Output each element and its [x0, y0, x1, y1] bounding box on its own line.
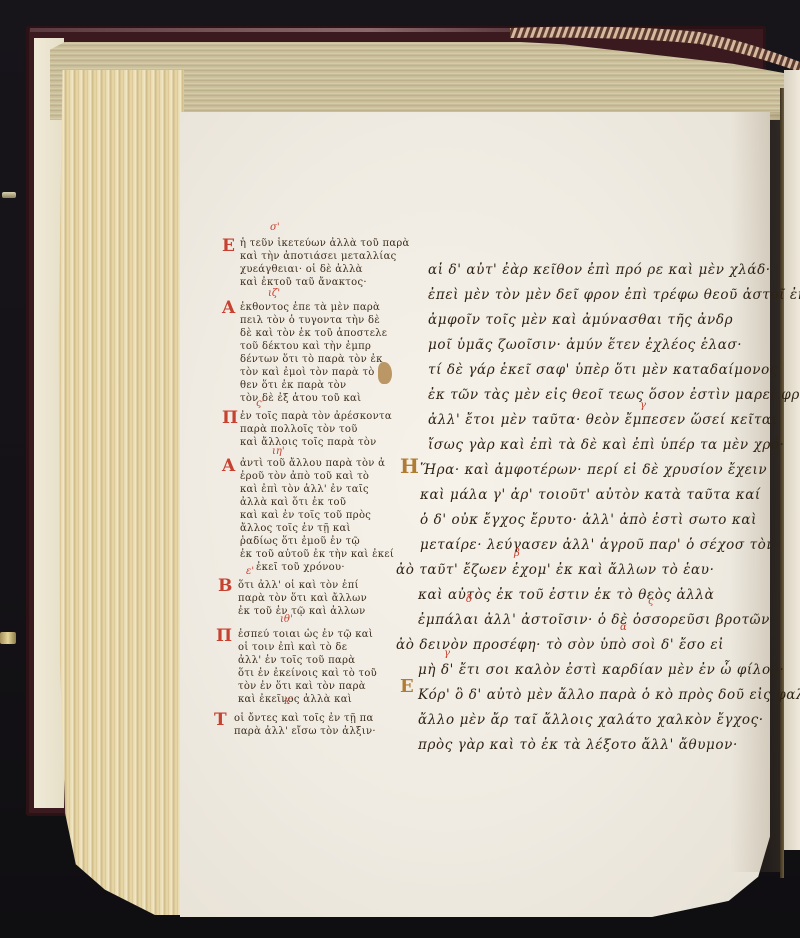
text-line: μοῖ ὑμᾶς ζωοῖσιν· ἀμύν ἕτεν ἐχλέος ἑλασ·: [428, 337, 742, 353]
text-line: Κόρ' ὃ δ' αὐτὸ μὲν ἄλλο παρὰ ὁ κὸ πρὸς δ…: [418, 687, 800, 703]
commentary-line: δέντων ὅτι τὸ παρὰ τὸν ἐκ: [240, 354, 383, 365]
commentary-line: πειλ τὸν ὁ τυγοντα τὴν δὲ: [240, 315, 380, 326]
text-line: ἀλλ' ἔτοι μὲν ταῦτα· θεὸν ἔμπεσεν ὥσεί κ…: [428, 412, 778, 428]
text-line: ὁ δ' οὐκ ἔγχος ἔρυτο· ἀλλ' ἀπὸ ἐστὶ σωτο…: [420, 512, 757, 528]
verse-numeral: γ: [444, 648, 450, 659]
commentary-line: καὶ ἄλλοις τοῖς παρὰ τὸν: [240, 437, 376, 448]
section-numeral: ιθ': [280, 614, 293, 625]
commentary-line: ὅτι ἐν ἐκείνοις καὶ τὸ τοῦ: [238, 668, 377, 679]
commentary-line: ἐκεῖ τοῦ χρόνου·: [256, 562, 345, 573]
commentary-line: ἐν τοῖς παρὰ τὸν ἀρέσκοντα: [240, 411, 392, 422]
rubric-initial: Β: [218, 576, 232, 596]
text-line: ἀμφοῖν τοῖς μὲν καὶ ἀμύνασθαι τῆς ἀνδρ: [428, 312, 733, 328]
commentary-line: ἐκ τοῦ αὐτοῦ ἐκ τὴν καὶ ἐκεί: [240, 549, 394, 560]
commentary-line: τὸν καὶ ἐμοὶ τὸν παρὰ τὸ: [240, 367, 375, 378]
text-line: πρὸς γὰρ καὶ τὸ ἐκ τὰ λέξοτο ἄλλ' ἄθυμον…: [418, 737, 738, 753]
commentary-line: ῥαδίως ὅτι ἐμοῦ ἐν τῷ: [240, 536, 360, 547]
text-line: ἐμπάλαι ἀλλ' ἀστοῖσιν· ὁ δὲ ὁσσορεῦσι βρ…: [418, 612, 775, 628]
commentary-line: ἐροῦ τὸν ἀπὸ τοῦ καὶ τὸ: [240, 471, 369, 482]
rubric-initial: Α: [222, 298, 235, 318]
commentary-line: ὅτι ἀλλ' οἱ καὶ τὸν ἐπί: [238, 580, 359, 591]
commentary-line: θεν ὅτι ἐκ παρὰ τὸν: [240, 380, 346, 391]
verse-numeral: δ: [466, 594, 472, 605]
commentary-line: ἄλλος τοῖς ἐν τῇ καὶ: [240, 523, 351, 534]
section-numeral: ε': [246, 566, 254, 577]
commentary-line: ἐσπεύ τοιαι ὡς ἐν τῷ καὶ: [238, 629, 373, 640]
commentary-line: καὶ ἐκεῖνος ἀλλὰ καὶ: [238, 694, 352, 705]
verse-numeral: α: [620, 622, 627, 633]
commentary-line: τὸν ἐν ὅτι καὶ τὸν παρὰ: [238, 681, 366, 692]
commentary-line: οἱ ὄντες καὶ τοῖς ἐν τῇ πα: [234, 713, 374, 724]
gutter: [780, 88, 784, 878]
commentary-line: ἀλλὰ καὶ ὅτι ἐκ τοῦ: [240, 497, 346, 508]
commentary-line: καὶ τὴν ἀποτιάσει μεταλλίας: [240, 251, 397, 262]
rubric-initial: Α: [222, 456, 235, 476]
verse-numeral: γ: [640, 400, 646, 411]
text-line: ἐκ τῶν τὰς μὲν εἰς θεοῖ τεως ὅσον ἐστὶν …: [428, 387, 800, 403]
commentary-line: ἐκθοντος ἐπε τὰ μὲν παρὰ: [240, 302, 380, 313]
rubric-initial: Π: [222, 408, 238, 428]
text-line: καὶ μάλα γ' ἀρ' τοιοῦτ' αὐτὸν κατὰ ταῦτα…: [420, 487, 761, 503]
text-line: μὴ δ' ἔτι σοι καλὸν ἐστὶ καρδίαν μὲν ἐν …: [418, 662, 784, 678]
section-numeral: ς': [256, 398, 264, 409]
commentary-line: ἀντὶ τοῦ ἄλλου παρὰ τὸν ἀ: [240, 458, 385, 469]
text-line: αἱ δ' αὐτ' ἐὰρ κεῖθον ἐπὶ πρό ρε καὶ μὲν…: [428, 262, 771, 278]
text-line: ἴσως γὰρ καὶ ἐπὶ τὰ δὲ καὶ ἐπὶ ὑπέρ τα μ…: [428, 437, 785, 453]
facing-page-edge: [784, 70, 800, 850]
commentary-line: παρὰ πολλοῖς τὸν τοῦ: [240, 424, 358, 435]
section-numeral: ιζ': [268, 288, 280, 299]
commentary-line: τοῦ δέκτου καὶ τὴν ἐμπρ: [240, 341, 371, 352]
section-numeral: σ': [270, 222, 280, 233]
rubric-initial: Ε: [400, 676, 414, 697]
commentary-line: οἱ τοιν ἐπὶ καὶ τὸ δε: [238, 642, 347, 653]
verse-numeral: β: [514, 548, 520, 559]
text-line: Ἥρα· καὶ ἀμφοτέρων· περί εἰ δὲ χρυσίον ἔ…: [420, 462, 767, 478]
rubric-initial: Τ: [214, 710, 227, 730]
section-numeral: ιη': [272, 446, 285, 457]
commentary-line: ἐκ τοῦ ἐν τῷ καὶ ἀλλων: [238, 606, 365, 617]
text-line: καὶ αὐτὸς ἐκ τοῦ ἐστιν ἐκ τὸ θεὸς ἀλλὰ: [418, 587, 714, 603]
commentary-line: καὶ ἐπὶ τὸν ἀλλ' ἐν ταῖς: [240, 484, 369, 495]
rubric-initial: Π: [216, 626, 232, 646]
commentary-line: δὲ καὶ τὸν ἐκ τοῦ ἀποστελε: [240, 328, 387, 339]
commentary-line: παρὰ τὸν ὅτι καὶ ἄλλων: [238, 593, 367, 604]
commentary-line: ἡ τεῦν ἱκετεύων ἀλλὰ τοῦ παρὰ: [240, 238, 410, 249]
text-line: ἄλλο μὲν ἄρ ταῖ ἄλλοις χαλάτο χαλκὸν ἔγχ…: [418, 712, 764, 728]
clasp-pin: [2, 192, 16, 198]
fore-edge-pages: [52, 70, 184, 915]
ink-stain: [378, 362, 392, 384]
cover-edge-highlight: [30, 28, 515, 32]
text-line: ἐπεὶ μὲν τὸν μὲν δεῖ φρον ἐπὶ τρέφω θεοῦ…: [428, 287, 800, 303]
commentary-line: καὶ καὶ ἐν τοῖς τοῦ πρὸς: [240, 510, 371, 521]
rubric-initial: Ε: [222, 236, 235, 256]
commentary-line: ἀλλ' ἐν τοῖς τοῦ παρὰ: [238, 655, 355, 666]
commentary-line: καὶ ἐκτοῦ ταῦ ἄνακτος·: [240, 277, 367, 288]
clasp-pin: [0, 632, 16, 644]
verse-numeral: ς: [648, 596, 654, 607]
text-line: τί δὲ γάρ ἑκεῖ σαφ' ὑπὲρ ὅτι μὲν καταδαί…: [428, 362, 778, 378]
commentary-line: παρὰ ἀλλ' εἴσω τὸν ἀλξιν·: [234, 726, 376, 737]
commentary-line: χυεάγθειαι· οἱ δὲ ἀλλὰ: [240, 264, 363, 275]
rubric-initial: Η: [400, 454, 419, 478]
text-line: ἀὸ ταῦτ' ἔζωεν ἐχομ' ἐκ καὶ ἄλλων τὸ ἑαυ…: [396, 562, 714, 578]
section-numeral: κ': [284, 696, 293, 707]
text-line: μεταίρε· λεύγασεν ἀλλ' ἀγροῦ παρ' ὁ σέχο…: [420, 537, 780, 553]
